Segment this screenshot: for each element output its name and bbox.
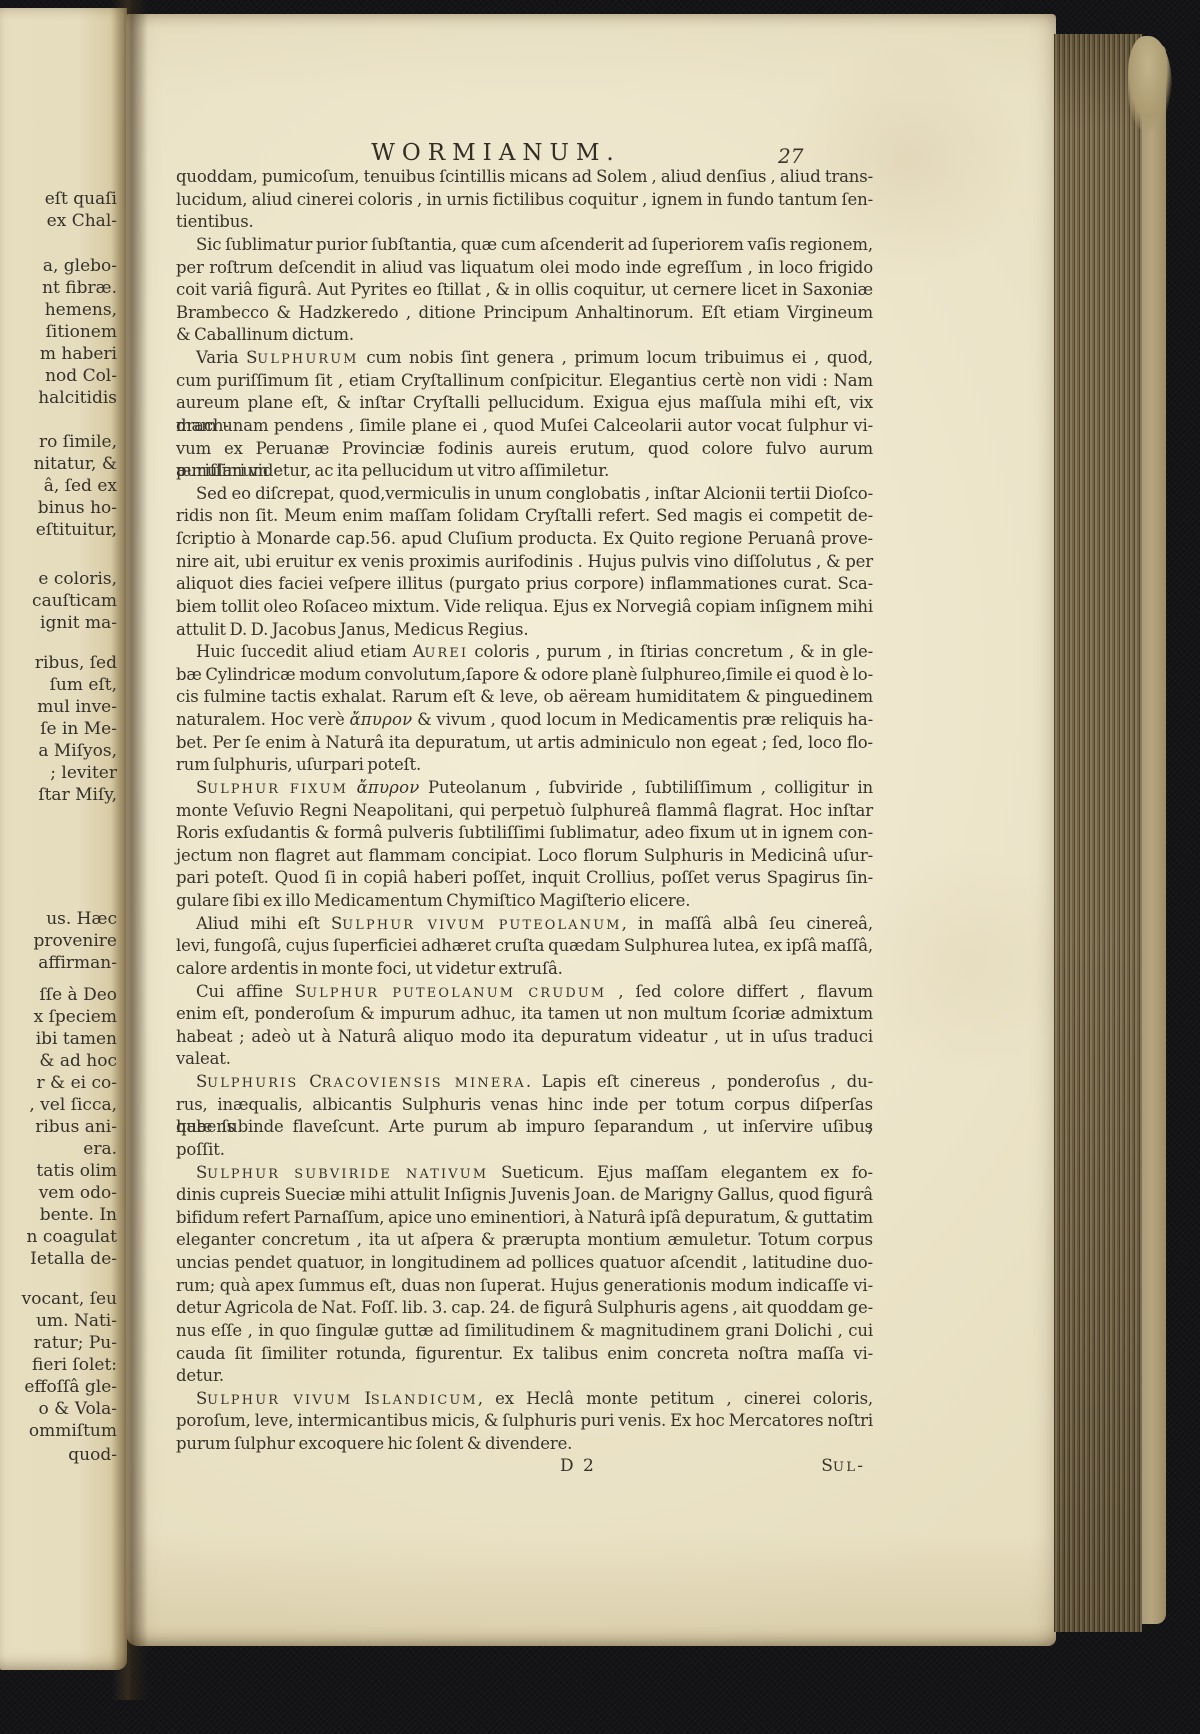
fore-edge-damage-spot [1128, 36, 1172, 132]
left-page-fragment-line: ſſe à Deo [39, 984, 117, 1006]
left-page-fragment-line: fieri ſolet: [32, 1354, 117, 1376]
text-line: habeat ; adeò ut à Naturâ aliquo modo it… [176, 1026, 873, 1049]
left-page-fragment-line: ; leviter [50, 762, 117, 784]
left-page-fragment-line: m haberi [40, 343, 117, 365]
text-line: tientibus. [176, 211, 873, 234]
body-text-block: quoddam, pumicoſum, tenuibus ſcintillis … [176, 166, 873, 1456]
text-line: quoddam, pumicoſum, tenuibus ſcintillis … [176, 166, 873, 189]
text-line: Cui affine SULPHUR PUTEOLANUM CRUDUM , ſ… [176, 981, 873, 1004]
text-line: poſſit. [176, 1139, 873, 1162]
book-scan-scene: eſt quaſiex Chal-a, glebo-nt fibræ.hemen… [0, 0, 1200, 1734]
left-page-fragment-line: ratur; Pu- [34, 1332, 117, 1354]
left-page-fragment-line: cauſticam [32, 590, 117, 612]
paragraph: Cui affine SULPHUR PUTEOLANUM CRUDUM , ſ… [176, 981, 873, 1072]
left-page-fragment-line: hemens, [45, 299, 117, 321]
paragraph: Huic ſuccedit aliud etiam AUREI coloris … [176, 641, 873, 777]
left-page-fragment-line: bente. In [40, 1204, 117, 1226]
text-line: quæ ſubinde flaveſcunt. Arte purum ab im… [176, 1116, 873, 1139]
text-line: detur Agricola de Nat. Foſſ. lib. 3. cap… [176, 1297, 873, 1320]
text-line: per roſtrum deſcendit in aliud vas liqua… [176, 257, 873, 280]
left-page-fragment-line: ſe in Me- [40, 718, 117, 740]
text-line: bæ Cylindricæ modum convolutum,ſapore & … [176, 664, 873, 687]
text-line: valeat. [176, 1048, 873, 1071]
left-page-fragment-line: n coagulat [27, 1226, 117, 1248]
book-fore-edge [1054, 34, 1142, 1632]
text-line: naturalem. Hoc verè ἄπυρον & vivum , quo… [176, 709, 873, 732]
text-line: dinis cupreis Sueciæ mihi attulit Inſign… [176, 1184, 873, 1207]
left-page-fragment-line: um. Nati- [36, 1310, 117, 1332]
text-line: Varia SULPHURUM cum nobis ſint genera , … [176, 347, 873, 370]
text-line: Huic ſuccedit aliud etiam AUREI coloris … [176, 641, 873, 664]
text-line: aureum plane eſt, & inſtar Cryſtalli pel… [176, 392, 873, 415]
text-line: Aliud mihi eſt SULPHUR VIVUM PUTEOLANUM,… [176, 913, 873, 936]
left-page-fragment-line: a Miſyos, [38, 740, 117, 762]
paragraph: SULPHUR SUBVIRIDE NATIVUM Sueticum. Ejus… [176, 1162, 873, 1388]
left-page-fragment-line: nod Col- [45, 365, 117, 387]
left-page-fragment-line: mul inve- [37, 696, 117, 718]
left-page-fragment-line: effoſſâ gle- [24, 1376, 117, 1398]
text-line: Brambecco & Hadzkeredo , ditione Princip… [176, 302, 873, 325]
left-page-fragment-line: ſitionem [46, 321, 117, 343]
book-page: WORMIANUM. 27 quoddam, pumicoſum, tenuib… [126, 14, 1056, 1646]
text-line: bet. Per ſe enim à Naturâ ita depuratum,… [176, 732, 873, 755]
paragraph: SULPHURIS CRACOVIENSIS MINERA. Lapis eſt… [176, 1071, 873, 1162]
text-line: uncias pendet quatuor, in longitudinem a… [176, 1252, 873, 1275]
left-page-fragment-line: provenire [34, 930, 117, 952]
page-number: 27 [778, 144, 803, 168]
left-page-fragment-line: , vel ſicca, [29, 1094, 117, 1116]
text-line: lucidum, aliud cinerei coloris , in urni… [176, 189, 873, 212]
left-page-fragment-line: eſtituitur, [36, 519, 117, 541]
text-line: Sic ſublimatur purior ſubſtantia, quæ cu… [176, 234, 873, 257]
paragraph: SULPHUR VIVUM ISLANDICUM, ex Heclâ monte… [176, 1388, 873, 1456]
paragraph: SULPHUR FIXUM ἄπυρον Puteolanum , ſubvir… [176, 777, 873, 913]
left-page-fragment-line: quod- [68, 1444, 117, 1466]
text-line: SULPHUR VIVUM ISLANDICUM, ex Heclâ monte… [176, 1388, 873, 1411]
text-line: eleganter concretum , ita ut aſpera & pr… [176, 1229, 873, 1252]
text-line: cis fulmine tactis exhalat. Rarum eſt & … [176, 686, 873, 709]
left-page-fragment-line: ommiſtum [29, 1420, 117, 1442]
left-page-fragment-line: ex Chal- [47, 210, 117, 232]
gutter-shadow [112, 0, 148, 1700]
left-page-fragment-line: & ad hoc [39, 1050, 117, 1072]
text-line: purum ſulphur excoquere hic ſolent & div… [176, 1433, 873, 1456]
left-page-fragment-line: ſum eſt, [50, 674, 117, 696]
text-line: vum ex Peruanæ Provinciæ fodinis aureis … [176, 438, 873, 461]
text-line: ridis non ſit. Meum enim maſſam ſolidam … [176, 505, 873, 528]
left-page-fragment-line: ro ſimile, [39, 431, 117, 453]
text-line: ſcriptio à Monarde cap.56. apud Cluſium … [176, 528, 873, 551]
text-line: poroſum, leve, intermicantibus micis, & … [176, 1410, 873, 1433]
left-page-fragment-line: â, ſed ex [44, 475, 117, 497]
text-line: jectum non flagret aut flammam concipiat… [176, 845, 873, 868]
text-line: rus, inæqualis, albicantis Sulphuris ven… [176, 1094, 873, 1117]
text-line: Roris exſudantis & formâ pulveris ſubtil… [176, 822, 873, 845]
paragraph: Aliud mihi eſt SULPHUR VIVUM PUTEOLANUM,… [176, 913, 873, 981]
left-page-fragment-line: binus ho- [38, 497, 117, 519]
catchword: SUL- [821, 1456, 863, 1476]
text-line: rum; quà apex ſummus eſt, duas non ſuper… [176, 1275, 873, 1298]
text-line: & Caballinum dictum. [176, 324, 873, 347]
text-line: Sed eo diſcrepat, quod,vermiculis in unu… [176, 483, 873, 506]
left-page-fragment-line: nitatur, & [34, 453, 117, 475]
left-page-fragment-line: vocant, ſeu [22, 1288, 117, 1310]
previous-page-sliver: eſt quaſiex Chal-a, glebo-nt fibræ.hemen… [0, 8, 127, 1670]
text-line: nus eſſe , in quo ſingulæ guttæ ad ſimil… [176, 1320, 873, 1343]
text-line: SULPHUR FIXUM ἄπυρον Puteolanum , ſubvir… [176, 777, 873, 800]
text-line: coit variâ figurâ. Aut Pyrites eo ſtilla… [176, 279, 873, 302]
text-line: calore ardentis in monte foci, ut videtu… [176, 958, 873, 981]
text-line: aliquot dies faciei veſpere illitus (pur… [176, 573, 873, 596]
paragraph: Sed eo diſcrepat, quod,vermiculis in unu… [176, 483, 873, 641]
left-page-fragment-line: halcitidis [38, 387, 117, 409]
text-line: detur. [176, 1365, 873, 1388]
left-page-fragment-line: tatis olim [36, 1160, 117, 1182]
text-line: æmulari videtur, ac ita pellucidum ut vi… [176, 460, 873, 483]
text-line: rum ſulphuris, uſurpari poteſt. [176, 754, 873, 777]
left-page-fragment-line: x ſpeciem [34, 1006, 117, 1028]
paragraph: Varia SULPHURUM cum nobis ſint genera , … [176, 347, 873, 483]
footer-row: D 2 SUL- [176, 1456, 873, 1480]
text-line: enim eſt, ponderoſum & impurum adhuc, it… [176, 1003, 873, 1026]
paragraph: quoddam, pumicoſum, tenuibus ſcintillis … [176, 166, 873, 234]
text-line: monte Veſuvio Regni Neapolitani, qui per… [176, 800, 873, 823]
running-head-row: WORMIANUM. [176, 140, 816, 166]
left-page-fragment-line: nt fibræ. [42, 277, 117, 299]
left-page-fragment-line: a, glebo- [43, 255, 117, 277]
running-head: WORMIANUM. [371, 140, 620, 166]
left-page-fragment-line: o & Vola- [39, 1398, 117, 1420]
left-page-fragment-line: ribus ani- [35, 1116, 117, 1138]
text-line: mam unam pendens , ſimile plane ei , quo… [176, 415, 873, 438]
text-line: levi, fungoſâ, cujus ſuperficiei adhæret… [176, 935, 873, 958]
text-line: bifidum refert Parnaſſum, apice uno emin… [176, 1207, 873, 1230]
paragraph: Sic ſublimatur purior ſubſtantia, quæ cu… [176, 234, 873, 347]
signature-mark: D 2 [560, 1456, 596, 1476]
text-line: cum puriſſimum ſit , etiam Cryſtallinum … [176, 370, 873, 393]
left-page-fragment-line: eſt quaſi [45, 188, 117, 210]
left-page-fragment-line: affirman- [38, 952, 117, 974]
left-page-fragment-line: us. Hæc [46, 908, 117, 930]
text-line: pari poteſt. Quod ſi in copiâ haberi poſ… [176, 867, 873, 890]
left-page-fragment-line: ſtar Miſy, [38, 784, 117, 806]
text-line: attulit D. D. Jacobus Janus, Medicus Reg… [176, 619, 873, 642]
text-line: SULPHUR SUBVIRIDE NATIVUM Sueticum. Ejus… [176, 1162, 873, 1185]
back-cover-edge [1140, 44, 1166, 1624]
left-page-fragment-line: vem odo- [39, 1182, 117, 1204]
text-line: cauda ſit ſimiliter rotunda, figurentur.… [176, 1343, 873, 1366]
left-page-fragment-line: r & ei co- [37, 1072, 117, 1094]
left-page-fragment-line: ribus, ſed [35, 652, 117, 674]
left-page-fragment-line: Ietalla de- [30, 1248, 117, 1270]
text-line: biem tollit oleo Roſaceo mixtum. Vide re… [176, 596, 873, 619]
text-line: gulare ſibi ex illo Medicamentum Chymiſt… [176, 890, 873, 913]
text-line: SULPHURIS CRACOVIENSIS MINERA. Lapis eſt… [176, 1071, 873, 1094]
text-line: nire ait, ubi eruitur ex venis proximis … [176, 551, 873, 574]
left-page-fragment-line: ignit ma- [40, 612, 117, 634]
left-page-fragment-line: e coloris, [38, 568, 117, 590]
left-page-fragment-line: ibi tamen [36, 1028, 117, 1050]
